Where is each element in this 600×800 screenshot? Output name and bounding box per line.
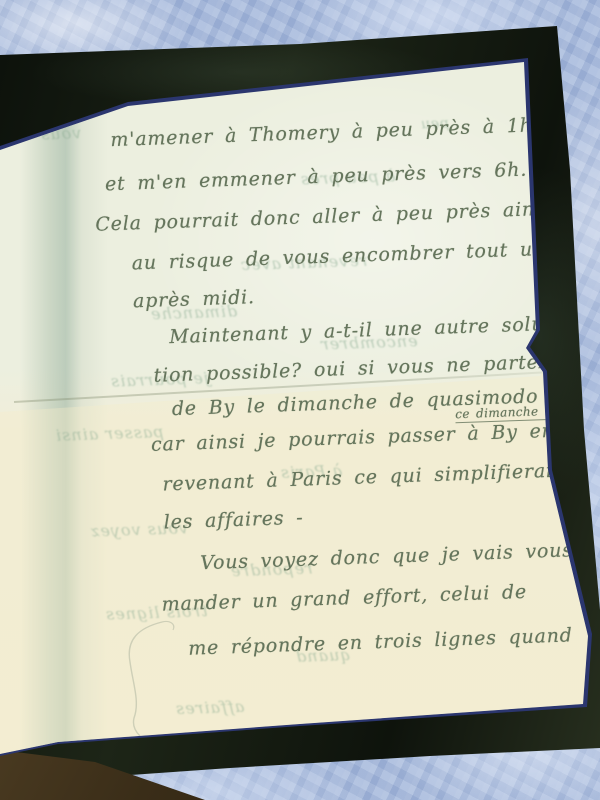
handwritten-line: après midi. (133, 286, 255, 312)
handwritten-line: m'amener à Thomery à peu près à 1h (110, 114, 533, 151)
handwritten-text-block: m'amener à Thomery à peu près à 1h et m'… (85, 111, 594, 688)
handwritten-line: me répondre en trois lignes quand (188, 624, 573, 659)
handwritten-line: et m'en emmener à peu près vers 6h. (105, 159, 528, 196)
handwritten-line: Cela pourrait donc aller à peu près ains… (95, 198, 560, 236)
handwritten-line: les affaires - (163, 507, 303, 534)
handwritten-line: car ainsi je pourrais passer à By en (151, 420, 555, 456)
letter-photo: à peu près vous revenant avec dimanche e… (0, 0, 600, 800)
handwritten-line: au risque de vous encombrer tout un (131, 238, 546, 274)
handwritten-line: revenant à Paris ce qui simplifierait (162, 460, 562, 496)
handwritten-line: Vous voyez donc que je vais vous de- (200, 538, 600, 575)
letter-page: à peu près vous revenant avec dimanche e… (0, 0, 600, 800)
handwritten-line: Maintenant y a-t-il une autre solu- (169, 313, 552, 348)
handwritten-line: mander un grand effort, celui de (161, 581, 527, 616)
handwritten-line: tion possible? oui si vous ne partez pas (153, 349, 597, 386)
